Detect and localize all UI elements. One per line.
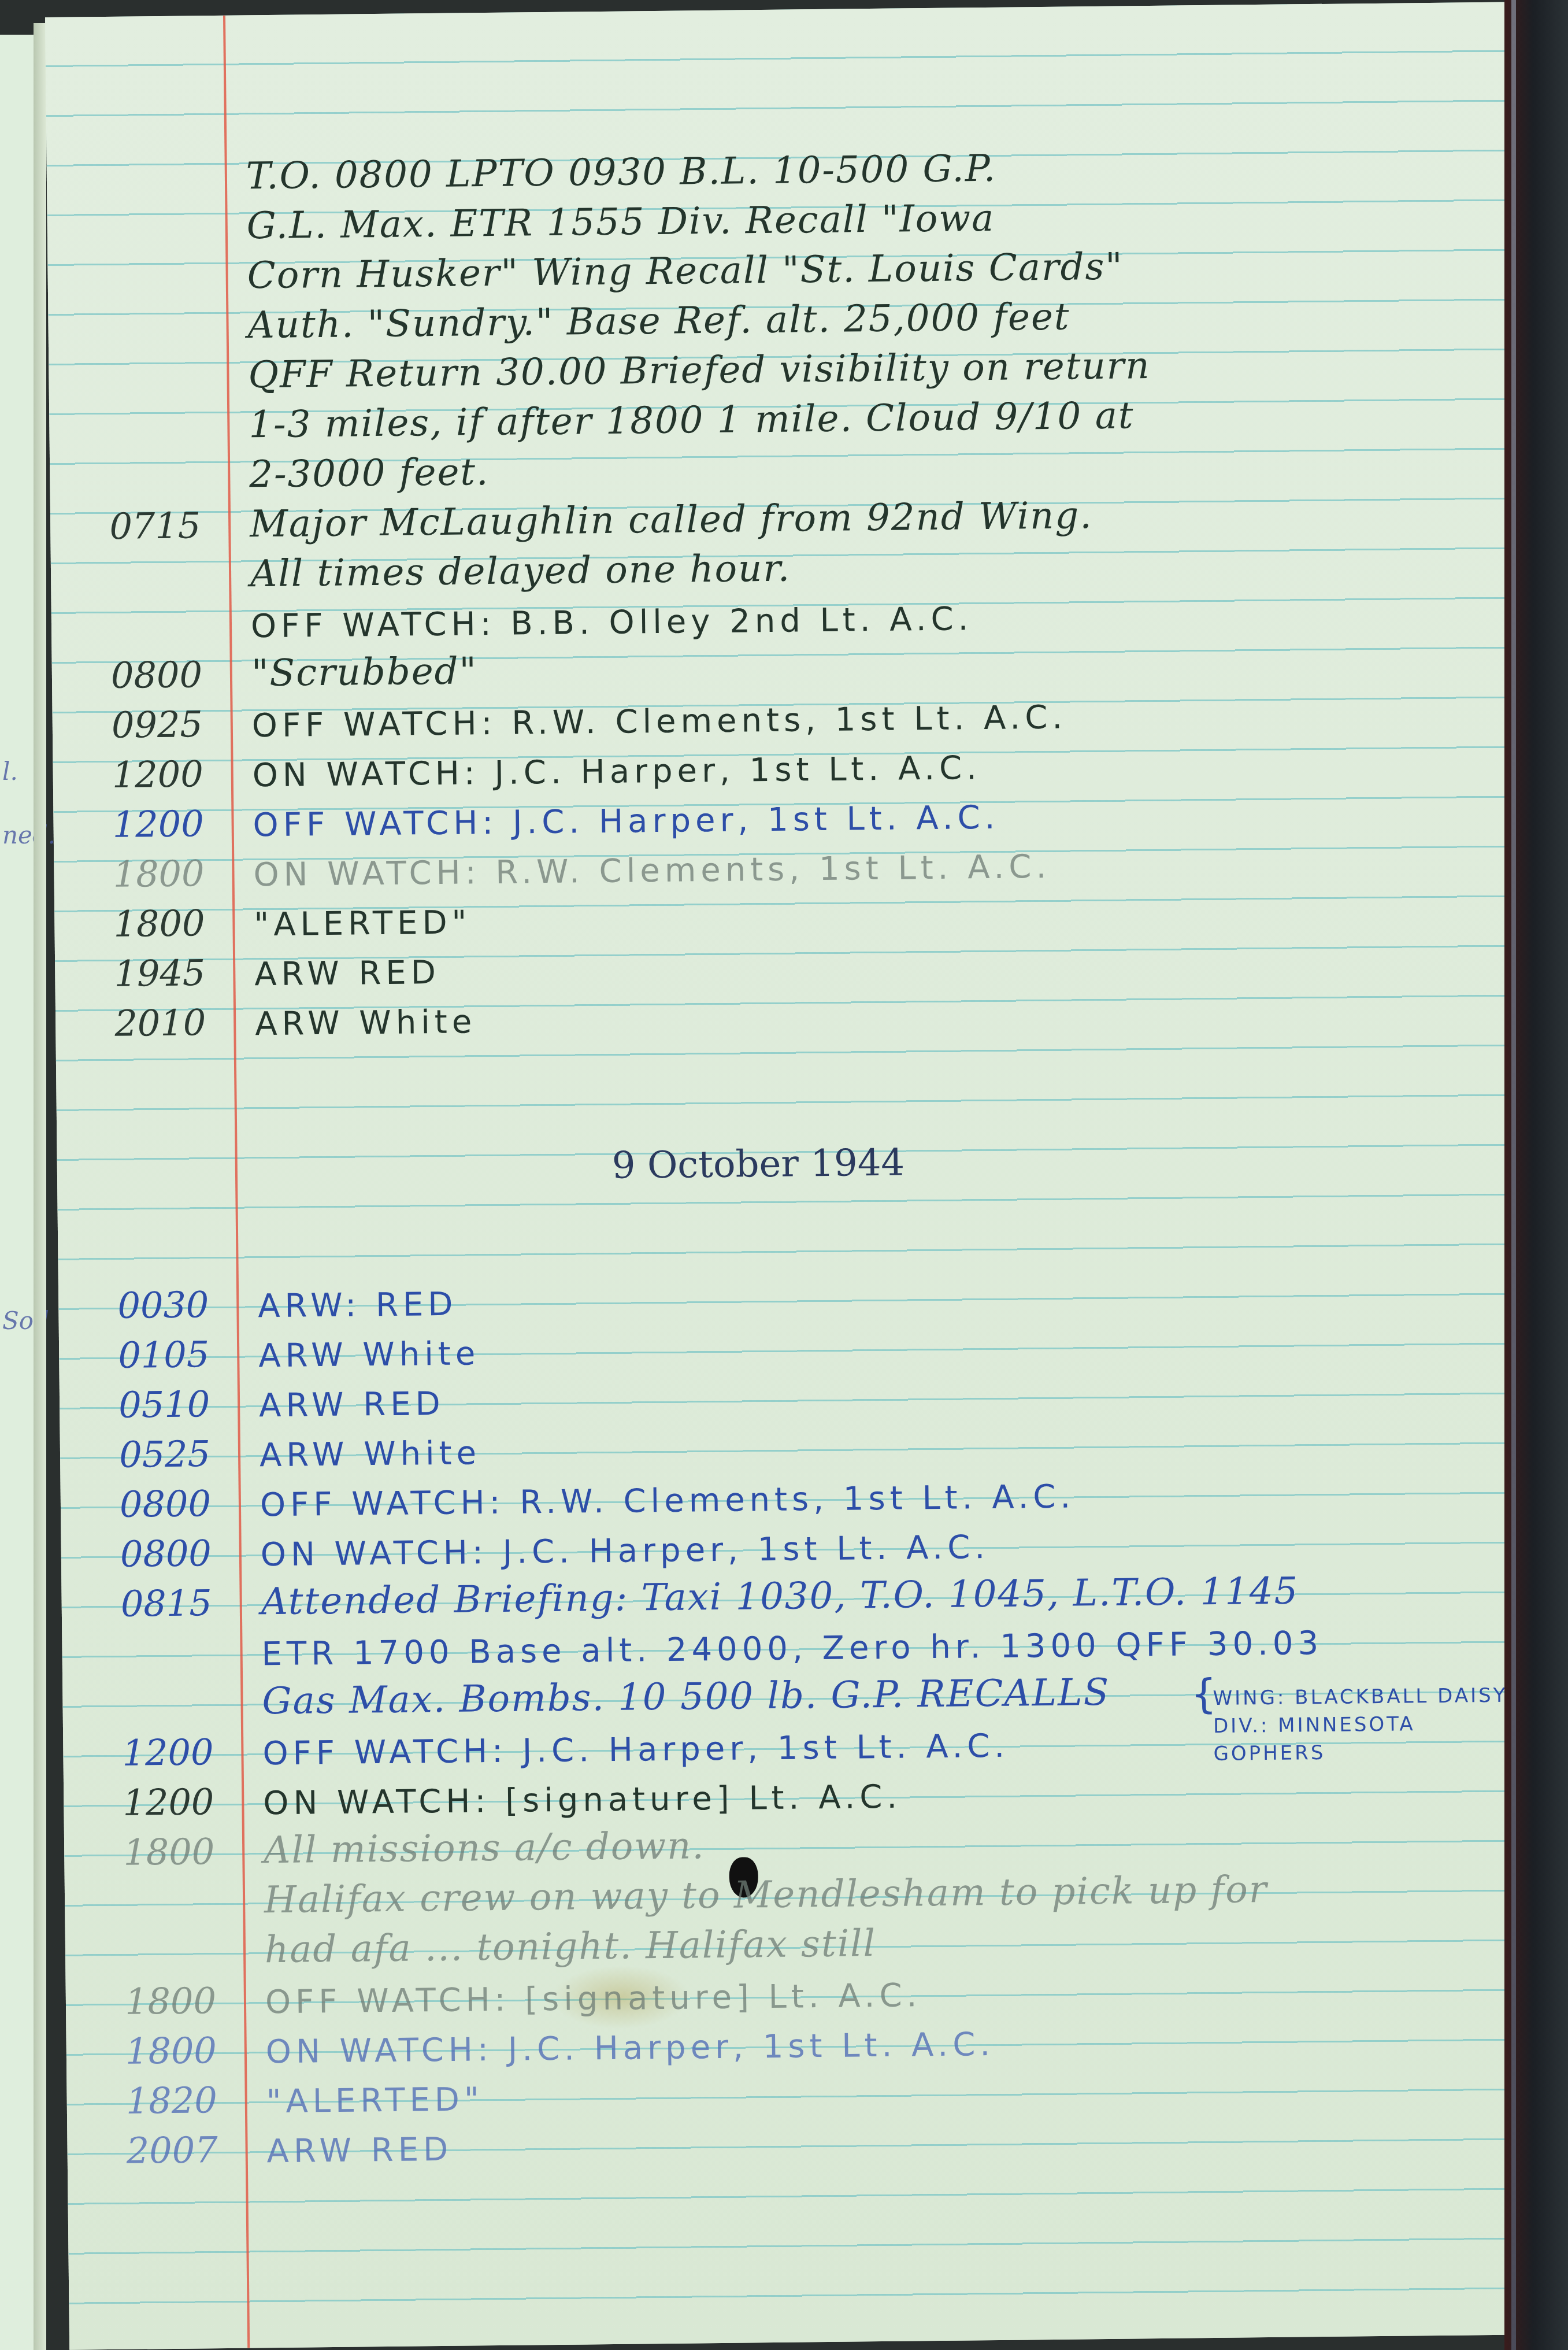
book-cover-edge [1511,0,1516,2350]
entry-text: All times delayed one hour. [218,547,791,596]
log-content: T.O. 0800 LPTO 0930 B.L. 10-500 G.P.G.L.… [45,2,1532,2350]
binding-gutter [34,23,46,2350]
entry-time: 0925 [52,703,220,747]
entry-time: 1820 [66,2079,235,2123]
entries-day2: 0030ARW: RED0105ARW White0510ARW RED0525… [45,2,1507,17]
entry-time: 1200 [64,1781,232,1825]
entry-time: 0800 [61,1482,229,1526]
entry-text: "ALERTED" [234,2081,484,2121]
entry-time: 1800 [66,1979,234,2023]
entry-text: ARW RED [223,954,440,994]
entry-text: ARW RED [235,2131,453,2171]
entry-time: 1200 [53,753,221,797]
entries-day1: 0715Major McLaughlin called from 92nd Wi… [45,2,1507,17]
entry-time: 1800 [64,1830,232,1874]
briefing-text: 2-3000 feet. [217,451,490,497]
entry-text: ARW White [228,1434,481,1475]
entry-time: 1200 [53,802,221,846]
brace-icon: { [1191,1680,1219,1708]
entry-time: 0105 [59,1333,227,1377]
entry-time: 0800 [52,653,220,697]
entry-text: ARW White [227,1335,480,1375]
entry-text: "Scrubbed" [220,650,478,695]
entry-time: 0525 [60,1433,228,1476]
entry-time: 2007 [67,2129,235,2173]
entry-time: 0510 [60,1383,228,1427]
briefing-text: T.O. 0800 LPTO 0930 B.L. 10-500 G.P. [214,147,997,198]
entry-text: ARW White [223,1003,477,1043]
logbook-page: T.O. 0800 LPTO 0930 B.L. 10-500 G.P.G.L.… [45,2,1532,2350]
briefing-text: G.L. Max. ETR 1555 Div. Recall "Iowa [214,197,995,248]
entry-time: 1200 [63,1731,231,1775]
entry-text: ARW: RED [226,1286,458,1326]
facing-page: l. ned. Sod [0,35,36,2350]
briefing-block: T.O. 0800 LPTO 0930 B.L. 10-500 G.P.G.L.… [45,2,1507,17]
entry-time: 1800 [66,2029,234,2073]
facing-page-mark: ned. [2,821,55,849]
entry-time: 0815 [61,1582,229,1626]
entry-time: 0800 [61,1532,229,1576]
recall-div: DIV.: MINNESOTA GOPHERS [1213,1709,1526,1768]
entry-time: 0715 [50,504,218,548]
entry-text: All missions a/c down. [232,1825,705,1872]
entry-time: 1945 [55,952,223,995]
entry-text: had afa ... tonight. Halifax still [233,1922,877,1972]
date-heading: 9 October 1944 [611,1142,905,1187]
entry-text: OFF WATCH: [signature] Lt. A.C. [233,1977,922,2021]
entry-time: 0030 [58,1283,227,1327]
entry-time: 2010 [55,1001,224,1045]
entry-time: 1800 [54,902,223,946]
entry-text: ON WATCH: [signature] Lt. A.C. [231,1778,902,1823]
recall-wing: WING: BLACKBALL DAISY [1213,1681,1525,1712]
entry-time: 1800 [54,852,222,896]
recalls-note: { WING: BLACKBALL DAISY DIV.: MINNESOTA … [1213,1681,1525,1768]
entry-text: ARW RED [227,1385,445,1425]
entry-text: "ALERTED" [222,904,472,944]
facing-page-mark: l. [2,757,18,786]
